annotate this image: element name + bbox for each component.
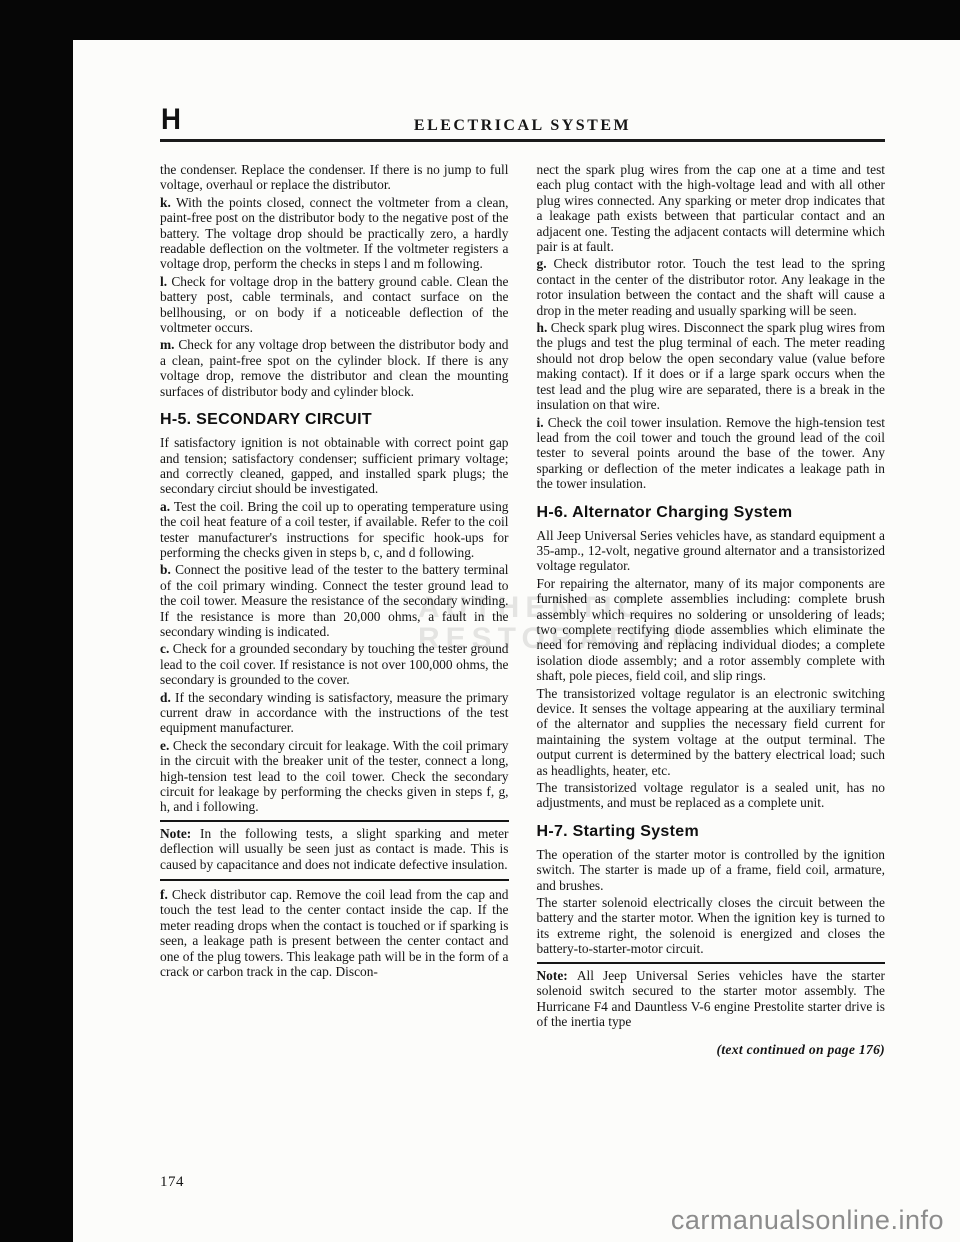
paragraph: The transistorized voltage regulator is … bbox=[537, 780, 886, 811]
step-letter: k. bbox=[160, 195, 176, 210]
paragraph: The transistorized voltage regulator is … bbox=[537, 686, 886, 778]
paragraph: k. With the points closed, connect the v… bbox=[160, 195, 509, 272]
step-letter: c. bbox=[160, 641, 173, 656]
paragraph: The operation of the starter motor is co… bbox=[537, 847, 886, 893]
paragraph: g. Check distributor rotor. Touch the te… bbox=[537, 256, 886, 318]
paragraph: The starter solenoid electrically closes… bbox=[537, 895, 886, 957]
scanned-manual-screenshot: { "colors": { "window-bg": "#060606", "p… bbox=[0, 0, 960, 1242]
paragraph: i. Check the coil tower insulation. Remo… bbox=[537, 415, 886, 492]
note-label: Note: bbox=[160, 826, 200, 841]
paragraph: h. Check spark plug wires. Disconnect th… bbox=[537, 320, 886, 412]
paragraph: e. Check the secondary circuit for leaka… bbox=[160, 738, 509, 815]
step-letter: m. bbox=[160, 337, 178, 352]
step-letter: b. bbox=[160, 562, 175, 577]
paragraph: d. If the secondary winding is satisfact… bbox=[160, 690, 509, 736]
note-block: Note: In the following tests, a slight s… bbox=[160, 820, 509, 881]
left-column: the condenser. Replace the condenser. If… bbox=[160, 162, 509, 1058]
paragraph: the condenser. Replace the condenser. If… bbox=[160, 162, 509, 193]
paragraph: nect the spark plug wires from the cap o… bbox=[537, 162, 886, 254]
note-block: Note: All Jeep Universal Series vehicles… bbox=[537, 962, 886, 1037]
page-number: 174 bbox=[160, 1174, 184, 1191]
paragraph: l. Check for voltage drop in the battery… bbox=[160, 274, 509, 336]
page-header: H ELECTRICAL SYSTEM bbox=[160, 98, 885, 140]
paragraph: c. Check for a grounded secondary by tou… bbox=[160, 641, 509, 687]
right-column: nect the spark plug wires from the cap o… bbox=[537, 162, 886, 1058]
step-letter: g. bbox=[537, 256, 554, 271]
text-columns: the condenser. Replace the condenser. If… bbox=[160, 162, 885, 1058]
note-paragraph: Note: All Jeep Universal Series vehicles… bbox=[537, 968, 886, 1030]
note-label: Note: bbox=[537, 968, 577, 983]
step-letter: a. bbox=[160, 499, 174, 514]
section-heading: H-7. Starting System bbox=[537, 823, 886, 841]
paragraph: f. Check distributor cap. Remove the coi… bbox=[160, 887, 509, 979]
paragraph: For repairing the alternator, many of it… bbox=[537, 576, 886, 684]
step-letter: l. bbox=[160, 274, 171, 289]
manual-page: H ELECTRICAL SYSTEM AUTHENTIC RESTORATIO… bbox=[73, 40, 960, 1242]
step-letter: i. bbox=[537, 415, 548, 430]
paragraph: a. Test the coil. Bring the coil up to o… bbox=[160, 499, 509, 561]
step-letter: h. bbox=[537, 320, 551, 335]
header-rule bbox=[160, 139, 885, 142]
section-heading: H-6. Alternator Charging System bbox=[537, 504, 886, 522]
note-paragraph: Note: In the following tests, a slight s… bbox=[160, 826, 509, 872]
site-watermark: carmanualsonline.info bbox=[671, 1205, 944, 1236]
step-letter: e. bbox=[160, 738, 173, 753]
paragraph: All Jeep Universal Series vehicles have,… bbox=[537, 528, 886, 574]
section-heading: H-5. SECONDARY CIRCUIT bbox=[160, 411, 509, 429]
paragraph: If satisfactory ignition is not obtainab… bbox=[160, 435, 509, 497]
step-letter: d. bbox=[160, 690, 175, 705]
page-title: ELECTRICAL SYSTEM bbox=[160, 117, 885, 135]
continuation-note: (text continued on page 176) bbox=[537, 1042, 886, 1057]
paragraph: m. Check for any voltage drop between th… bbox=[160, 337, 509, 399]
step-letter: f. bbox=[160, 887, 172, 902]
paragraph: b. Connect the positive lead of the test… bbox=[160, 562, 509, 639]
